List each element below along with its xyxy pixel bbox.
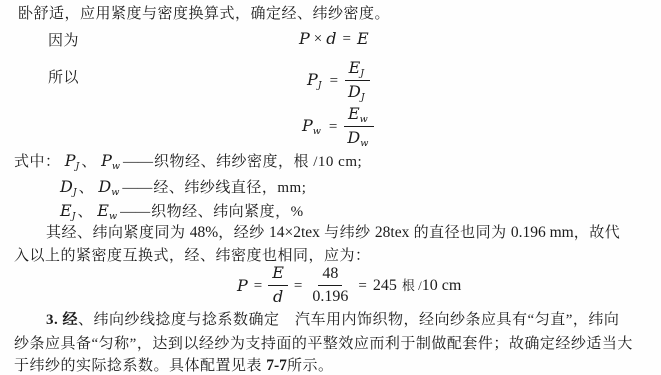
equals-sign: = <box>330 71 338 91</box>
fraction-EJ-over-DJ: EJ DJ <box>344 58 371 103</box>
subscript-J: J <box>72 211 76 222</box>
unit-per-label: 根 / <box>402 276 422 296</box>
times-sign: × <box>314 29 322 49</box>
section3-line3: 于纬纱的实际捻系数。具体配置见表 7-7所示。 <box>14 356 333 375</box>
subscript-w: w <box>313 126 321 137</box>
body-text: ，经纱 <box>218 225 269 241</box>
var-d: d <box>273 287 283 306</box>
equals-sign: = <box>329 117 337 137</box>
body-text: 入以上的紧密度互换式，经、纬密度也相同，应为： <box>14 248 371 264</box>
because-label: 因为 <box>48 31 79 51</box>
section3-line2: 纱条应具备“匀称”，达到以经纱为支持面的平整效应而利于制做配套件；故确定经纱适当… <box>14 334 633 354</box>
where-label: 式中： <box>14 154 61 170</box>
body-text: ，故代 <box>574 225 621 241</box>
subscript-w: w <box>109 211 117 222</box>
denominator-value: 0.196 <box>308 286 352 307</box>
subscript-J: J <box>361 92 365 103</box>
subscript-w: w <box>111 187 119 198</box>
equals-sign: = <box>254 276 262 296</box>
var-E: E <box>272 263 284 282</box>
warp-yarn-count: 14×2tex <box>269 224 320 241</box>
body-text: 所示。 <box>287 358 334 374</box>
symbol-P-weft: P <box>101 151 112 170</box>
var-P: P <box>299 29 310 49</box>
unit-label: 10 cm <box>422 276 462 296</box>
symbol-D-warp: D <box>60 177 73 196</box>
enumeration-comma: 、 <box>78 204 94 220</box>
body-text: 于纬纱的实际捻系数。具体配置见表 <box>14 358 266 374</box>
var-E-warp: E <box>349 58 361 77</box>
symbol-D-weft: D <box>98 177 111 196</box>
symbol-E-weft: E <box>97 201 109 220</box>
body-text: 的直径也同为 <box>409 225 511 241</box>
definition-dash: —— <box>123 154 153 170</box>
subscript-w: w <box>360 114 368 125</box>
equals-sign: = <box>342 29 350 49</box>
subscript-J: J <box>73 187 77 198</box>
formula-warp-density: PJ = EJ DJ <box>307 58 371 103</box>
var-E-weft: E <box>348 104 360 123</box>
var-E: E <box>357 29 369 49</box>
var-P-weft: P <box>302 116 313 135</box>
weft-yarn-count: 28tex <box>375 224 409 241</box>
enumeration-comma: 、 <box>79 180 95 196</box>
result-value: 245 <box>373 276 397 296</box>
definition-text: 织物经、纬纱密度，根 /10 cm; <box>154 154 362 170</box>
body-text: 纱条应具备“匀称”，达到以经纱为支持面的平整效应而利于制做配套件；故确定经纱适当… <box>14 336 633 352</box>
formula-weft-density: Pw = Ew Dw <box>302 104 374 149</box>
var-P: P <box>237 276 248 296</box>
subscript-w: w <box>112 161 120 172</box>
section-number-heading: 3. 经 <box>46 312 78 328</box>
intro-text: 卧舒适，应用紧度与密度换算式，确定经、纬纱密度。 <box>18 6 390 22</box>
var-P-warp: P <box>307 70 318 89</box>
fraction-48-over-0196: 48 0.196 <box>308 264 352 307</box>
var-D-weft: D <box>347 128 360 147</box>
enumeration-comma: 、 <box>81 154 97 170</box>
var-D-warp: D <box>348 82 361 101</box>
diameter-value: 0.196 mm <box>511 224 574 241</box>
subscript-J: J <box>318 80 322 91</box>
symbol-E-warp: E <box>60 201 72 220</box>
subscript-w: w <box>360 138 368 149</box>
where-clause-row-D: DJ、 Dw——经、纬纱线直径，mm; <box>60 177 306 198</box>
body-text: 其经、纬向紧度同为 <box>46 225 190 241</box>
tightness-value: 48% <box>190 224 218 241</box>
section3-line1: 3. 经、纬向纱线捻度与捻系数确定 汽车用内饰织物，经向纱条应具有“匀直”，纬向 <box>46 310 619 330</box>
body-text: 汽车用内饰织物，经向纱条应具有“匀直”，纬向 <box>280 312 620 328</box>
subscript-J: J <box>76 161 80 172</box>
where-clause-row-P: 式中： PJ、 Pw——织物经、纬纱密度，根 /10 cm; <box>14 151 362 172</box>
definition-text: 织物经、纬向紧度，% <box>151 204 304 220</box>
section-title-rest: 、纬向纱线捻度与捻系数确定 <box>78 312 280 328</box>
body-text: 与纬纱 <box>320 225 375 241</box>
formula-density-result: P = E d = 48 0.196 = 245 根 / 10 cm <box>237 263 461 308</box>
fraction-Ew-over-Dw: Ew Dw <box>343 104 374 149</box>
intro-paragraph: 卧舒适，应用紧度与密度换算式，确定经、纬纱密度。 <box>18 4 390 24</box>
formula-tightness-basic: P × d = E <box>299 29 369 49</box>
subscript-J: J <box>360 68 364 79</box>
where-clause-row-E: EJ、 Ew——织物经、纬向紧度，% <box>60 201 304 222</box>
body-paragraph-line1: 其经、纬向紧度同为 48%，经纱 14×2tex 与纬纱 28tex 的直径也同… <box>46 223 620 243</box>
definition-text: 经、纬纱线直径，mm; <box>153 180 306 196</box>
so-label: 所以 <box>48 68 79 88</box>
table-reference: 7-7 <box>266 357 287 374</box>
equals-sign: = <box>358 276 366 296</box>
fraction-E-over-d: E d <box>268 263 288 308</box>
numerator-value: 48 <box>318 264 342 286</box>
equals-sign: = <box>294 276 302 296</box>
symbol-P-warp: P <box>65 151 76 170</box>
definition-dash: —— <box>122 180 152 196</box>
document-page: 卧舒适，应用紧度与密度换算式，确定经、纬纱密度。 因为 P × d = E 所以… <box>0 0 661 375</box>
var-d: d <box>326 29 336 49</box>
definition-dash: —— <box>120 204 150 220</box>
